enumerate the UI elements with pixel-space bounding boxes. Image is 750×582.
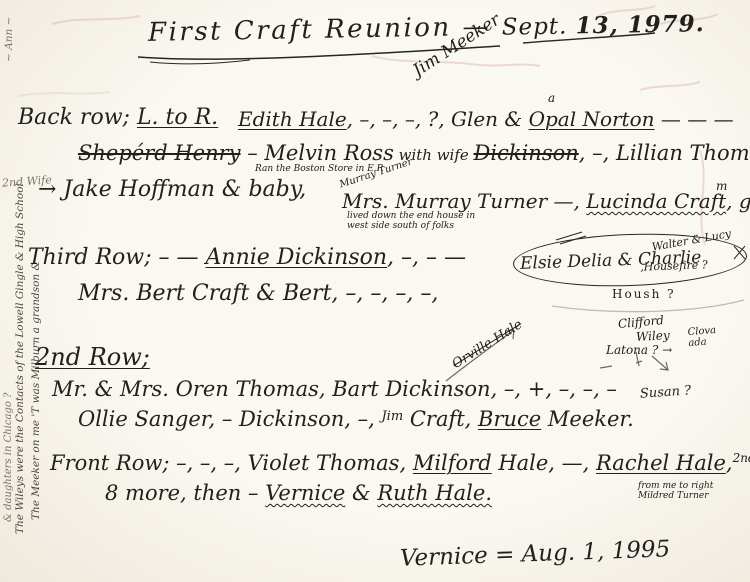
name-jim-craft: Craft, [403, 407, 478, 431]
bleed-mark [52, 16, 140, 24]
name-lucinda-craft: Lucinda Craft [586, 189, 726, 213]
name-melvin-ross: Melvin Ross [264, 141, 393, 165]
name-rachel-hale: Rachel Hale [596, 451, 726, 475]
second-row-line2: Ollie Sanger, – Dickinson, –, Jim Craft,… [78, 408, 634, 431]
title-date: Sept. [501, 13, 575, 40]
front-row-line1: Front Row; –, –, –, Violet Thomas, Milfo… [50, 452, 750, 475]
name-ruth-hale: Ruth Hale. [377, 481, 492, 505]
title-date-bold: 13, 1979. [575, 10, 704, 39]
margin-note-vertical-outer: The Wileys were the Contacts of the Lowe… [15, 183, 27, 534]
back-row-label: Back row; [18, 105, 137, 130]
latona-note: Latona ? → [606, 344, 672, 357]
separator: Hale, —, [492, 451, 596, 475]
back-row-ltor: L. to R. [137, 105, 218, 130]
name-glen: Glen & [451, 107, 529, 131]
pencil-arrow-small [652, 356, 668, 370]
jim-small-note: Jim [381, 409, 403, 424]
name-opal-norton: Opal Norton [529, 107, 655, 131]
back-row-line3-start: → Jake Hoffman & baby, [38, 178, 306, 202]
wiley-note: Wiley [636, 329, 670, 344]
name-annie-dickinson: Annie Dickinson [206, 245, 388, 270]
bleed-mark [640, 82, 700, 90]
mildred-turner-note: from me to right Mildred Turner [638, 482, 713, 502]
back-row-end-dashes: — — — [655, 107, 734, 131]
back-row-dashes: , –, –, –, ?, [347, 107, 451, 131]
faint-curve [552, 300, 744, 312]
third-row-line1: Third Row; – — Annie Dickinson, –, – — [28, 246, 466, 270]
margin-note-vertical-extra: & daughters in Chicago ? [3, 393, 14, 522]
front-row-line2: 8 more, then – Vernice & Ruth Hale. [105, 482, 492, 505]
footer-signature-date: Vernice = Aug. 1, 1995 [400, 537, 671, 572]
title-underline-flourish-2 [150, 60, 250, 64]
separator: & [345, 481, 377, 505]
separator: – [241, 141, 265, 165]
housefire-note: ‚Housefire ? [640, 258, 708, 273]
back-row-heading: Back row; L. to R. [18, 106, 218, 130]
back-row-line2: Shepérd Henry – Melvin Ross with wife Di… [78, 142, 750, 165]
bleed-mark [18, 92, 110, 96]
name-edith-hale: Edith Hale [238, 107, 347, 131]
house-location-note: lived down the end house in west side so… [347, 212, 475, 232]
name-milford: Milford [413, 451, 492, 475]
separator: , [399, 451, 412, 475]
name-sheperd-henry: Shepérd Henry [78, 141, 241, 165]
crossed-dickinson: Dickinson [474, 141, 579, 165]
second-row-heading: 2nd Row; [35, 344, 150, 370]
front-row-heading: Front Row; [50, 451, 176, 475]
scanned-handwritten-note: & daughters in Chicago ? The Wileys were… [0, 0, 750, 582]
dashes: , –, – — [387, 245, 466, 270]
opal-correction-sup: a [548, 92, 555, 105]
name-violet-thomas: Violet Thomas [248, 451, 400, 475]
dashes: –, –, –, [176, 451, 248, 475]
lucinda-gram: , gram [726, 189, 750, 213]
title-line: First Craft Reunion — Sept. 13, 1979. [148, 9, 705, 47]
separator: —, [547, 189, 586, 213]
second-row-line1: Mr. & Mrs. Oren Thomas, Bart Dickinson, … [52, 378, 617, 401]
third-row-line2: Mrs. Bert Craft & Bert, –, –, –, –, [78, 282, 438, 306]
name-mrs-murray-turner: Mrs. Murray Turner [342, 189, 547, 213]
name-ollie-sanger: Ollie Sanger, – Dickinson, –, [78, 407, 381, 431]
back-row-line1: Edith Hale, –, –, –, ?, Glen & Opal Nort… [238, 108, 734, 130]
susan-note: Susan ? [640, 384, 692, 402]
clova-note: Clova ada [687, 325, 717, 349]
eight-more-note: 8 more, then – [105, 481, 265, 505]
housh-note: Housh ? [612, 287, 676, 301]
dashes: – — [159, 245, 206, 270]
margin-note-ann: ~ Ann ~ [4, 17, 16, 62]
second-sup-note: 2nd [733, 451, 750, 465]
circled-name-group: Elsie Delia & Charlie Walter & Lucy ‚Hou… [512, 230, 748, 290]
page-title: First Craft Reunion [148, 13, 452, 48]
back-row-line3-end: Mrs. Murray Turner —, Lucinda Craft, gra… [342, 190, 750, 212]
name-meeker: Meeker. [541, 407, 634, 431]
third-row-heading: Third Row; [28, 245, 159, 270]
name-bruce: Bruce [478, 407, 541, 431]
gram-correction-sup: m [716, 180, 727, 193]
separator: , [726, 451, 733, 475]
orville-hale-crossed: Orville Hale [450, 318, 525, 372]
name-vernice: Vernice [265, 481, 345, 505]
margin-note-vertical-inner: The Meeker on me 'T was Milburn a grands… [31, 261, 43, 520]
name-lillian-thomas: , –, Lillian Thomas, [579, 141, 750, 165]
